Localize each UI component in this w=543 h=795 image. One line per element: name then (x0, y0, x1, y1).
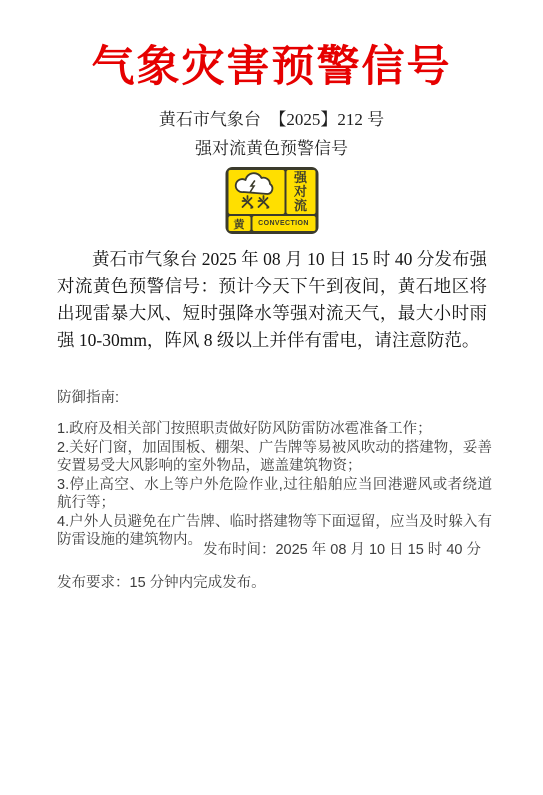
sign-char-qiang: 强 (294, 171, 307, 185)
publish-requirement-line: 发布要求：15 分钟内完成发布。 (57, 575, 481, 592)
strong-convection-warning-sign: 强 对 流 黄 CONVECTION (225, 167, 318, 234)
sign-level-label: 黄 (234, 216, 245, 231)
warning-signal-name: 强对流黄色预警信号 (0, 139, 543, 159)
publish-time-line: 发布时间：2025 年 08 月 10 日 15 时 40 分 (57, 542, 481, 559)
sign-char-dui: 对 (294, 185, 307, 199)
sign-char-liu: 流 (294, 199, 307, 213)
sign-top-row: 强 对 流 (228, 170, 315, 214)
sign-english-text: CONVECTION (258, 220, 309, 227)
document-title: 气象灾害预警信号 (0, 42, 543, 94)
warning-body-paragraph: 黄石市气象台 2025 年 08 月 10 日 15 时 40 分发布强对流黄色… (57, 246, 487, 354)
cloud-lightning-icon (228, 170, 284, 214)
guideline-item-1: 1.政府及相关部门按照职责做好防风防雷防冰雹准备工作； (57, 420, 492, 438)
guideline-item-2: 2.关好门窗，加固围板、棚架、广告牌等易被风吹动的搭建物，妥善安置易受大风影响的… (57, 439, 492, 475)
guideline-item-3: 3.停止高空、水上等户外危险作业,过往船舶应当回港避风或者绕道航行等； (57, 476, 492, 512)
sign-level-badge: 黄 (228, 216, 250, 231)
sign-bottom-row: 黄 CONVECTION (228, 216, 315, 231)
guidelines-heading: 防御指南: (57, 390, 119, 407)
sign-english-label: CONVECTION (252, 216, 315, 231)
issuing-office-and-doc-number: 黄石市气象台 【2025】212 号 (0, 110, 543, 130)
sign-vertical-label: 强 对 流 (286, 170, 315, 214)
guidelines-list: 1.政府及相关部门按照职责做好防风防雷防冰雹准备工作； 2.关好门窗，加固围板、… (57, 420, 492, 550)
warning-notice-document: 气象灾害预警信号 黄石市气象台 【2025】212 号 强对流黄色预警信号 (0, 0, 543, 795)
